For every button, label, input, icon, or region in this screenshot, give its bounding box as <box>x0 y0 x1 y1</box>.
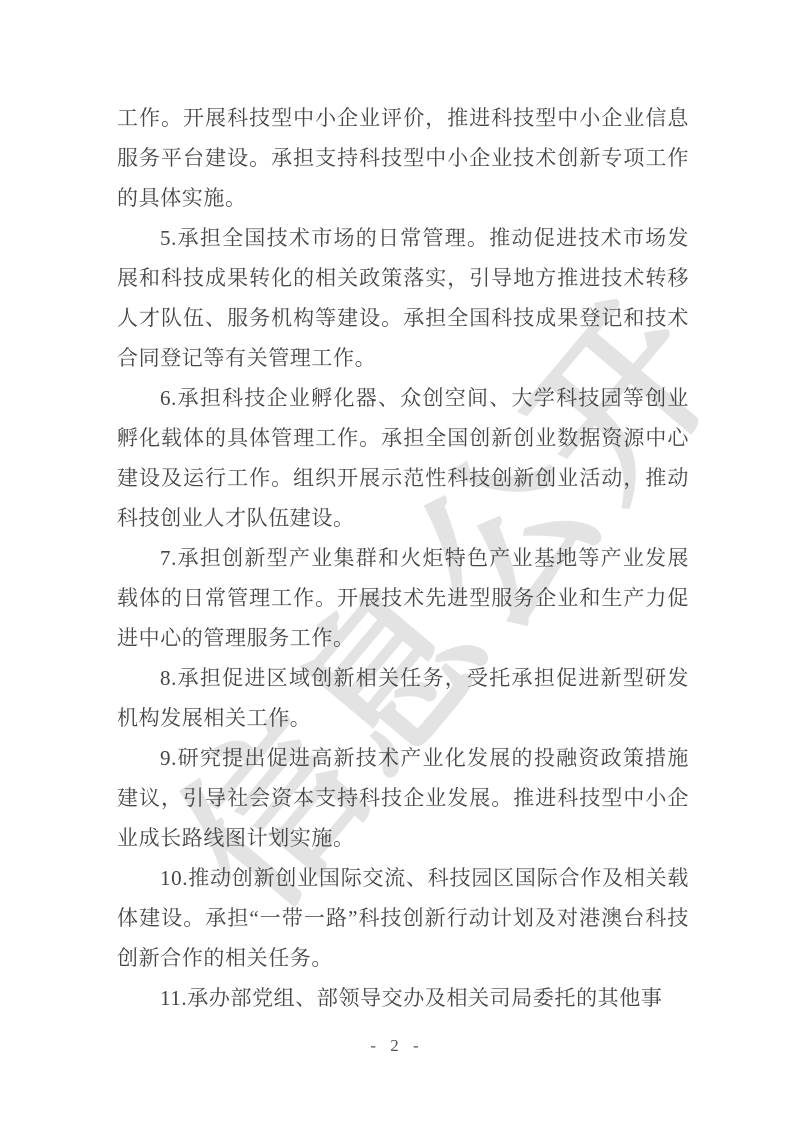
paragraph-item-5: 5.承担全国技术市场的日常管理。推动促进技术市场发展和科技成果转化的相关政策落实… <box>117 218 689 378</box>
paragraph-item-9: 9.研究提出促进高新技术产业化发展的投融资政策措施建议，引导社会资本支持科技企业… <box>117 738 689 858</box>
paragraph-item-10: 10.推动创新创业国际交流、科技园区国际合作及相关载体建设。承担“一带一路”科技… <box>117 858 689 978</box>
paragraph-item-7: 7.承担创新型产业集群和火炬特色产业基地等产业发展载体的日常管理工作。开展技术先… <box>117 538 689 658</box>
page-number: - 2 - <box>0 1036 794 1056</box>
document-page: 信息公开 工作。开展科技型中小企业评价，推进科技型中小企业信息服务平台建设。承担… <box>0 0 794 1123</box>
paragraph-item-6: 6.承担科技企业孵化器、众创空间、大学科技园等创业孵化载体的具体管理工作。承担全… <box>117 378 689 538</box>
paragraph-item-8: 8.承担促进区域创新相关任务，受托承担促进新型研发机构发展相关工作。 <box>117 658 689 738</box>
document-body: 工作。开展科技型中小企业评价，推进科技型中小企业信息服务平台建设。承担支持科技型… <box>117 98 689 1018</box>
paragraph-item-11: 11.承办部党组、部领导交办及相关司局委托的其他事 <box>117 978 689 1018</box>
paragraph-continuation: 工作。开展科技型中小企业评价，推进科技型中小企业信息服务平台建设。承担支持科技型… <box>117 98 689 218</box>
